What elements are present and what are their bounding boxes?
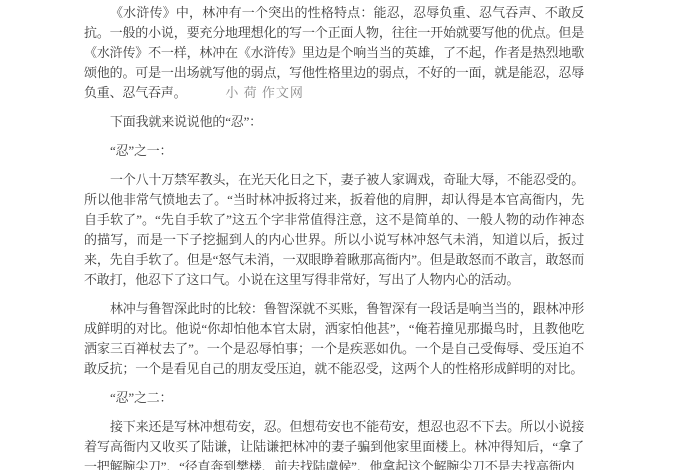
- paragraph-lead-in: 下面我就来说说他的“忍”：: [84, 112, 584, 132]
- paragraph-intro: 《水浒传》中，林冲有一个突出的性格特点：能忍，忍辱负重、忍气吞声、不敢反抗。一般…: [84, 3, 584, 103]
- paragraph-intro-text: 《水浒传》中，林冲有一个突出的性格特点：能忍，忍辱负重、忍气吞声、不敢反抗。一般…: [84, 5, 584, 100]
- paragraph-comparison-lushen: 林冲与鲁智深此时的比较：鲁智深就不买账，鲁智深有一段话是响当当的，跟林冲形成鲜明…: [84, 299, 584, 379]
- section-heading-ren-2: “忍”之二：: [84, 388, 584, 408]
- paragraph-ren-1-body: 一个八十万禁军教头，在光天化日之下，妻子被人家调戏，奇耻大辱，不能忍受的。所以他…: [84, 170, 584, 290]
- watermark-xiaohe-label: 小 荷 作文网: [225, 85, 304, 100]
- section-heading-ren-1: “忍”之一：: [84, 141, 584, 161]
- paragraph-ren-2-body: 接下来还是写林冲想苟安，忍。但想苟安也不能苟安，想忍也忍不下去。所以小说接着写高…: [84, 417, 584, 470]
- document-page: 《水浒传》中，林冲有一个突出的性格特点：能忍，忍辱负重、忍气吞声、不敢反抗。一般…: [0, 0, 700, 470]
